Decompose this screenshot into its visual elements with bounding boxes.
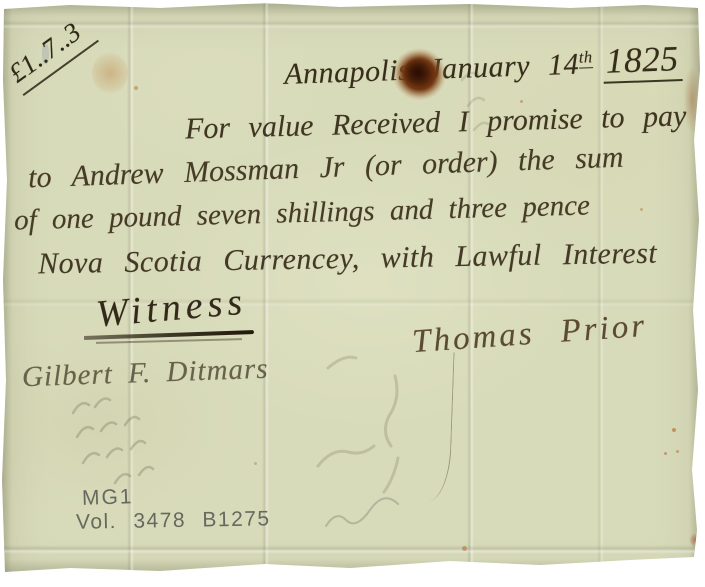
body-line-2: to Andrew Mossman Jr (or order) the sum (28, 141, 625, 196)
witness-underline-echo (96, 338, 242, 344)
bleed-through-marks (320, 490, 420, 535)
fold-crease-horizontal (2, 20, 701, 29)
paper-edge-shade-top (2, 4, 701, 16)
fold-crease-vertical (597, 2, 604, 573)
dateline: Annapolis January 14th1825 (283, 37, 682, 93)
ink-blot-core (404, 60, 430, 84)
foxing-spot (664, 452, 667, 455)
foxing-spot (134, 86, 138, 90)
rust-stain (92, 52, 128, 94)
foxing-spot (520, 100, 523, 103)
archival-mark-volume: Vol. 3478 B1275 (76, 507, 271, 534)
foxing-spot (462, 546, 467, 551)
paper-edge-shade-bottom (2, 559, 701, 575)
bleed-through-marks (55, 385, 205, 495)
foxing-spot (672, 428, 676, 432)
foxing-spot (640, 208, 643, 211)
fold-crease-vertical (467, 2, 474, 573)
scanned-document: £1..7..3 Annapolis January 14th1825 For … (0, 0, 705, 587)
witness-label: Witness (94, 279, 248, 336)
amount-notation: £1..7..3 (1, 11, 99, 96)
body-line-4: Nova Scotia Currencey, with Lawful Inter… (38, 237, 658, 282)
dateline-year: 1825 (602, 38, 682, 84)
dateline-day-suffix: th (578, 47, 593, 68)
foxing-spot (254, 462, 257, 465)
paper-edge-shade-left (2, 6, 12, 575)
maker-signature: Thomas Prior (411, 308, 648, 361)
fold-crease-vertical (262, 2, 269, 573)
foxing-spot (676, 450, 679, 453)
paper-edge-shade-right (689, 6, 701, 569)
body-line-3: of one pound seven shillings and three p… (14, 189, 591, 237)
hairline-crease (427, 352, 454, 503)
paper-sheet: £1..7..3 Annapolis January 14th1825 For … (0, 0, 705, 587)
bleed-through-marks (300, 348, 435, 503)
fold-crease-horizontal (2, 545, 701, 554)
body-line-1: For value Received I promise to pay (185, 99, 687, 146)
archival-mark-collection: MG1 (82, 485, 134, 511)
witness-signature: Gilbert F. Ditmars (21, 353, 269, 395)
